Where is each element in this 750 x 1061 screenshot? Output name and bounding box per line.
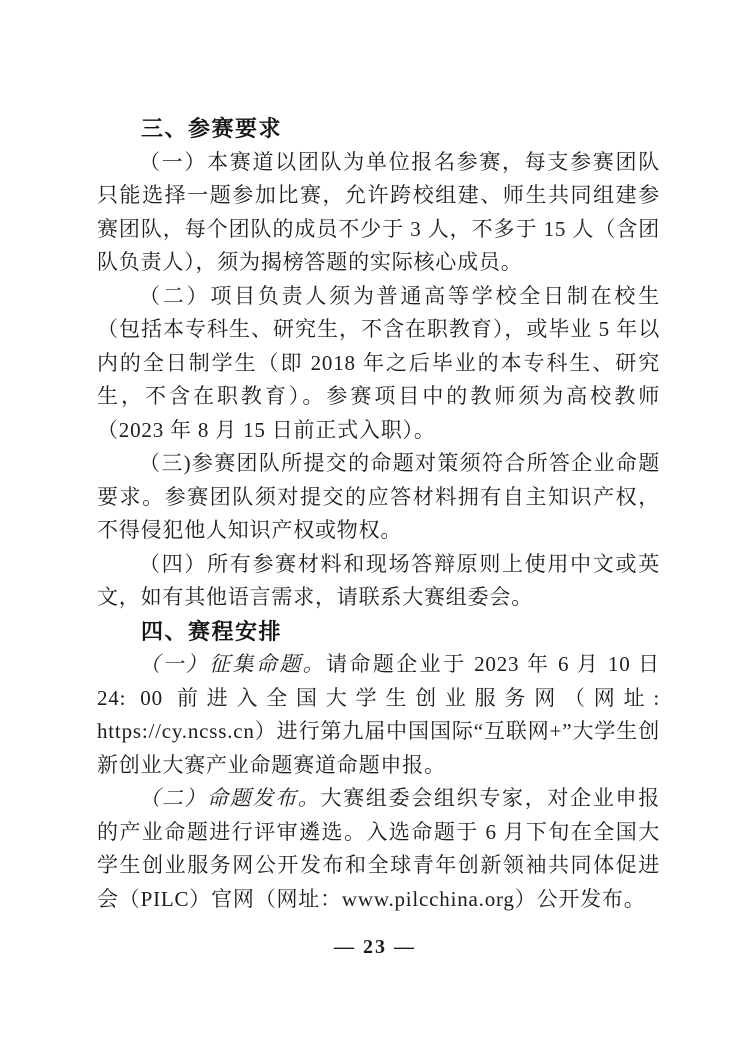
page-number: — 23 — [0, 936, 750, 959]
paragraph-leader-eligibility: （二）项目负责人须为普通高等学校全日制在校生（包括本专科生、研究生，不含在职教育… [97, 280, 660, 448]
section-heading-entry-requirements: 三、参赛要求 [97, 112, 660, 146]
paragraph-team-registration: （一）本赛道以团队为单位报名参赛，每支参赛团队只能选择一题参加比赛，允许跨校组建… [97, 146, 660, 280]
document-page: 三、参赛要求 （一）本赛道以团队为单位报名参赛，每支参赛团队只能选择一题参加比赛… [0, 0, 750, 1061]
paragraph-language-requirement: （四）所有参赛材料和现场答辩原则上使用中文或英文，如有其他语言需求，请联系大赛组… [97, 548, 660, 615]
paragraph-submission-ip: （三)参赛团队所提交的命题对策须符合所答企业命题要求。参赛团队须对提交的应答材料… [97, 447, 660, 548]
paragraph-topic-collection: （一）征集命题。请命题企业于 2023 年 6 月 10 日 24: 00 前进… [97, 648, 660, 782]
paragraph-topic-release: （二）命题发布。大赛组委会组织专家，对企业申报的产业命题进行评审遴选。入选命题于… [97, 782, 660, 916]
document-body: 三、参赛要求 （一）本赛道以团队为单位报名参赛，每支参赛团队只能选择一题参加比赛… [97, 112, 660, 916]
subheading-topic-release: （二）命题发布。 [139, 786, 321, 810]
subheading-topic-collection: （一）征集命题。 [139, 652, 326, 676]
section-heading-schedule: 四、赛程安排 [97, 615, 660, 649]
